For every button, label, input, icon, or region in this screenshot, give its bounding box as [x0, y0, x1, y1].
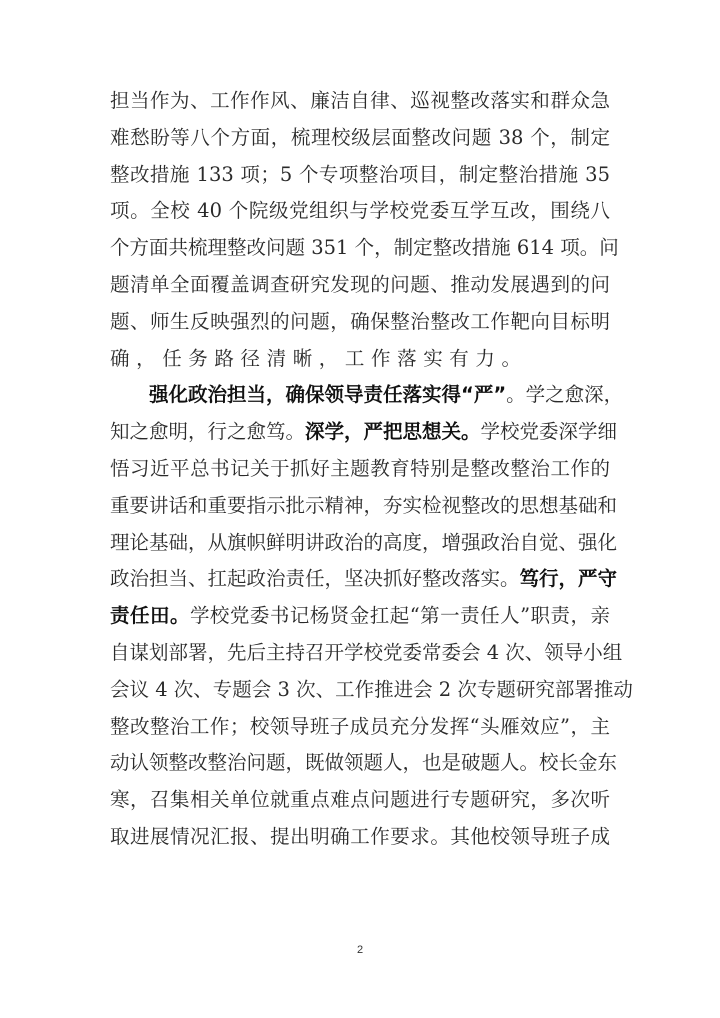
text-line: 个方面共梳理整改问题 351 个，制定整改措施 614 项。问	[110, 230, 610, 267]
body-text-segment: 项。全校 40 个院级党组织与学校党委互学互改，围绕八	[110, 199, 610, 222]
body-text-segment: 。学之愈深，	[506, 383, 623, 406]
body-text-segment: 题、师生反映强烈的问题，确保整治整改工作靶向目标明	[110, 310, 610, 333]
body-text-segment: 自谋划部署，先后主持召开学校党委常委会 4 次、领导小组	[110, 641, 622, 664]
body-text-segment: 难愁盼等八个方面，梳理校级层面整改问题 38 个，制定	[110, 126, 610, 149]
body-text-segment: 个方面共梳理整改问题 351 个，制定整改措施 614 项。问	[110, 236, 619, 259]
body-text-segment: 重要讲话和重要指示批示精神，夯实检视整改的思想基础和	[110, 494, 617, 517]
body-text-segment: 学校党委深学细	[481, 420, 618, 443]
body-text-segment: 政治担当、扛起政治责任，坚决抓好整改落实。	[110, 567, 520, 590]
body-text-segment: 理论基础，从旗帜鲜明讲政治的高度，增强政治自觉、强化	[110, 531, 617, 554]
body-text-segment: 题清单全面覆盖调查研究发现的问题、推动发展遇到的问	[110, 273, 610, 296]
body-text-segment: 学校党委书记杨贤金扛起“第一责任人”职责，亲	[190, 604, 610, 627]
body-text-segment: 寒，召集相关单位就重点难点问题进行专题研究，多次听	[110, 788, 610, 811]
body-text-segment: 取进展情况汇报、提出明确工作要求。其他校领导班子成	[110, 825, 610, 848]
text-line: 动认领整改整治问题，既做领题人，也是破题人。校长金东	[110, 745, 610, 782]
text-line: 寒，召集相关单位就重点难点问题进行专题研究，多次听	[110, 782, 610, 819]
document-page: 担当作为、工作作风、廉洁自律、巡视整改落实和群众急难愁盼等八个方面，梳理校级层面…	[0, 0, 720, 1018]
text-line: 确，任务路径清晰，工作落实有力。	[110, 341, 610, 378]
bold-heading-text: 深学，严把思想关。	[305, 420, 481, 443]
text-line: 难愁盼等八个方面，梳理校级层面整改问题 38 个，制定	[110, 120, 610, 157]
text-line: 整改措施 133 项；5 个专项整治项目，制定整治措施 35	[110, 157, 610, 194]
text-line: 政治担当、扛起政治责任，坚决抓好整改落实。笃行，严守	[110, 561, 610, 598]
body-text-segment: 会议 4 次、专题会 3 次、工作推进会 2 次专题研究部署推动	[110, 678, 633, 701]
text-line: 会议 4 次、专题会 3 次、工作推进会 2 次专题研究部署推动	[110, 672, 610, 709]
body-text-segment: 整改措施 133 项；5 个专项整治项目，制定整治措施 35	[110, 163, 610, 186]
text-line: 悟习近平总书记关于抓好主题教育特别是整改整治工作的	[110, 451, 610, 488]
body-text-segment: 动认领整改整治问题，既做领题人，也是破题人。校长金东	[110, 751, 617, 774]
text-line: 责任田。学校党委书记杨贤金扛起“第一责任人”职责，亲	[110, 598, 610, 635]
text-line: 自谋划部署，先后主持召开学校党委常委会 4 次、领导小组	[110, 635, 610, 672]
text-line: 重要讲话和重要指示批示精神，夯实检视整改的思想基础和	[110, 488, 610, 525]
body-text-segment: 知之愈明，行之愈笃。	[110, 420, 305, 443]
bold-heading-text: 强化政治担当，确保领导责任落实得“严”	[149, 383, 506, 406]
text-line: 题清单全面覆盖调查研究发现的问题、推动发展遇到的问	[110, 267, 610, 304]
document-body: 担当作为、工作作风、廉洁自律、巡视整改落实和群众急难愁盼等八个方面，梳理校级层面…	[110, 83, 610, 856]
text-line: 理论基础，从旗帜鲜明讲政治的高度，增强政治自觉、强化	[110, 525, 610, 562]
body-text-segment: 悟习近平总书记关于抓好主题教育特别是整改整治工作的	[110, 457, 610, 480]
text-line: 担当作为、工作作风、廉洁自律、巡视整改落实和群众急	[110, 83, 610, 120]
text-line: 取进展情况汇报、提出明确工作要求。其他校领导班子成	[110, 819, 610, 856]
text-line: 知之愈明，行之愈笃。深学，严把思想关。学校党委深学细	[110, 414, 610, 451]
text-line: 整改整治工作；校领导班子成员充分发挥“头雁效应”，主	[110, 709, 610, 746]
body-text-segment: 整改整治工作；校领导班子成员充分发挥“头雁效应”，主	[110, 715, 610, 738]
body-text-segment: 确，任务路径清晰，工作落实有力。	[110, 347, 528, 370]
body-text-segment: 担当作为、工作作风、廉洁自律、巡视整改落实和群众急	[110, 89, 610, 112]
text-line: 项。全校 40 个院级党组织与学校党委互学互改，围绕八	[110, 193, 610, 230]
paragraph-first-line: 强化政治担当，确保领导责任落实得“严”。学之愈深，	[110, 377, 610, 414]
bold-heading-text: 笃行，严守	[520, 567, 618, 590]
bold-heading-text: 责任田。	[110, 604, 190, 627]
page-number: 2	[0, 944, 720, 956]
text-line: 题、师生反映强烈的问题，确保整治整改工作靶向目标明	[110, 304, 610, 341]
